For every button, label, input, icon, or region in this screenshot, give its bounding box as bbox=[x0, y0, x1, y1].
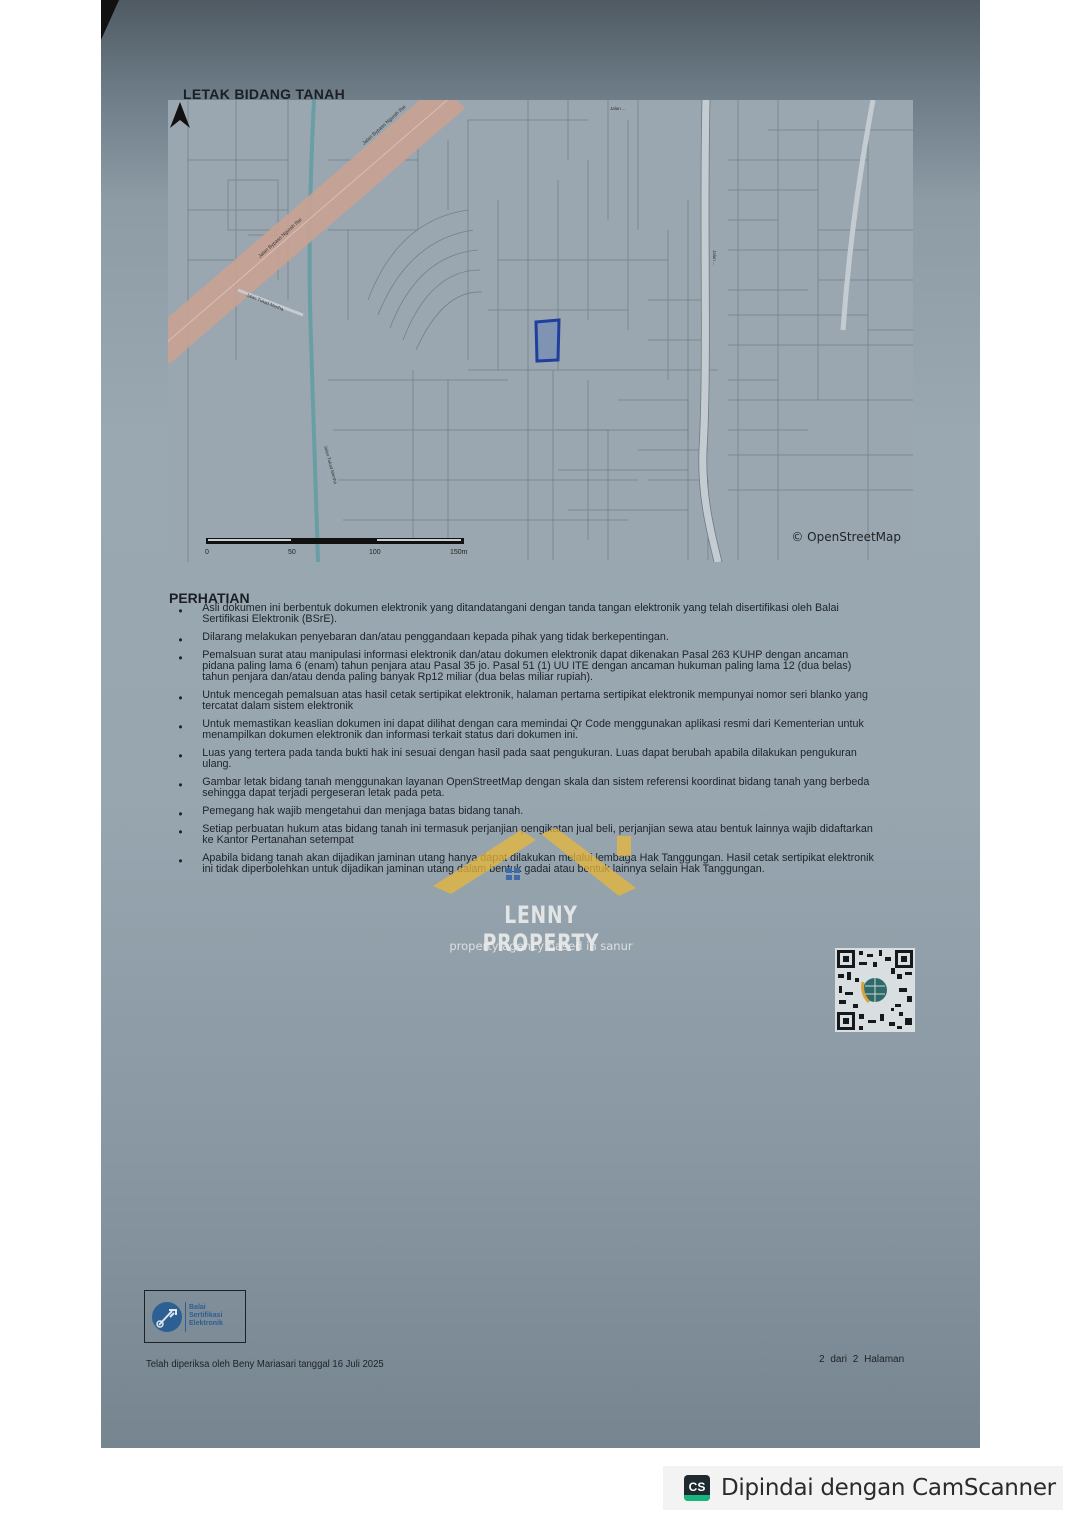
notice-item: Untuk mencegah pemalsuan atas hasil ceta… bbox=[169, 690, 880, 712]
page-indicator: 2 dari 2 Halaman bbox=[819, 1354, 904, 1365]
svg-text:Jalan Tukad Mertha: Jalan Tukad Mertha bbox=[323, 445, 338, 485]
bsre-key-icon bbox=[150, 1300, 184, 1334]
svg-text:Jalan ...: Jalan ... bbox=[712, 250, 717, 266]
north-arrow-icon bbox=[168, 100, 192, 130]
lenny-property-watermark: LENNY PROPERTY property agency based in … bbox=[431, 828, 651, 958]
map-scale-bar: 0 50 100 150m bbox=[206, 538, 464, 560]
camscanner-icon-label: CS bbox=[689, 1480, 706, 1494]
notice-item: Dilarang melakukan penyebaran dan/atau p… bbox=[169, 632, 880, 643]
logo-divider bbox=[185, 1302, 186, 1332]
notice-item: Gambar letak bidang tanah menggunakan la… bbox=[169, 777, 880, 799]
house-roof-logo-icon bbox=[431, 828, 651, 903]
scale-tick: 150m bbox=[450, 549, 468, 556]
scale-tick: 0 bbox=[205, 549, 209, 556]
page-corner-shadow bbox=[101, 0, 119, 40]
camscanner-icon: CS bbox=[684, 1475, 710, 1501]
notice-item: Pemalsuan surat atau manipulasi informas… bbox=[169, 650, 880, 683]
camscanner-text: Dipindai dengan CamScanner bbox=[721, 1475, 1056, 1501]
notice-item: Untuk memastikan keaslian dokumen ini da… bbox=[169, 719, 880, 741]
map-drawing: Jalan Bypass Ngurah Rai Jalan Bypass Ngu… bbox=[168, 100, 913, 562]
notice-item: Pemegang hak wajib mengetahui dan menjag… bbox=[169, 806, 880, 817]
bsre-logo: Balai Sertifikasi Elektronik bbox=[144, 1290, 246, 1343]
scanned-document-page: LETAK BIDANG TANAH bbox=[101, 0, 980, 1448]
logo-line: Sertifikasi bbox=[189, 1312, 223, 1320]
parcel-location-map: Jalan Bypass Ngurah Rai Jalan Bypass Ngu… bbox=[168, 100, 913, 562]
svg-text:Jalan Tukad Mertha: Jalan Tukad Mertha bbox=[246, 292, 285, 312]
camscanner-badge: CS Dipindai dengan CamScanner bbox=[663, 1466, 1063, 1510]
svg-text:Jalan ...: Jalan ... bbox=[610, 106, 626, 111]
checked-by-text: Telah diperiksa oleh Beny Mariasari tang… bbox=[146, 1359, 384, 1370]
bsre-logo-text: Balai Sertifikasi Elektronik bbox=[189, 1304, 223, 1328]
verification-qr-code[interactable] bbox=[835, 948, 915, 1032]
map-attribution: © OpenStreetMap bbox=[791, 530, 901, 544]
watermark-tagline: property agency based in sanur bbox=[431, 939, 651, 953]
notice-item: Asli dokumen ini berbentuk dokumen elekt… bbox=[169, 603, 880, 625]
notice-item: Luas yang tertera pada tanda bukti hak i… bbox=[169, 748, 880, 770]
scale-tick: 100 bbox=[369, 549, 381, 556]
scale-tick: 50 bbox=[288, 549, 296, 556]
logo-line: Balai bbox=[189, 1304, 223, 1312]
logo-line: Elektronik bbox=[189, 1320, 223, 1328]
